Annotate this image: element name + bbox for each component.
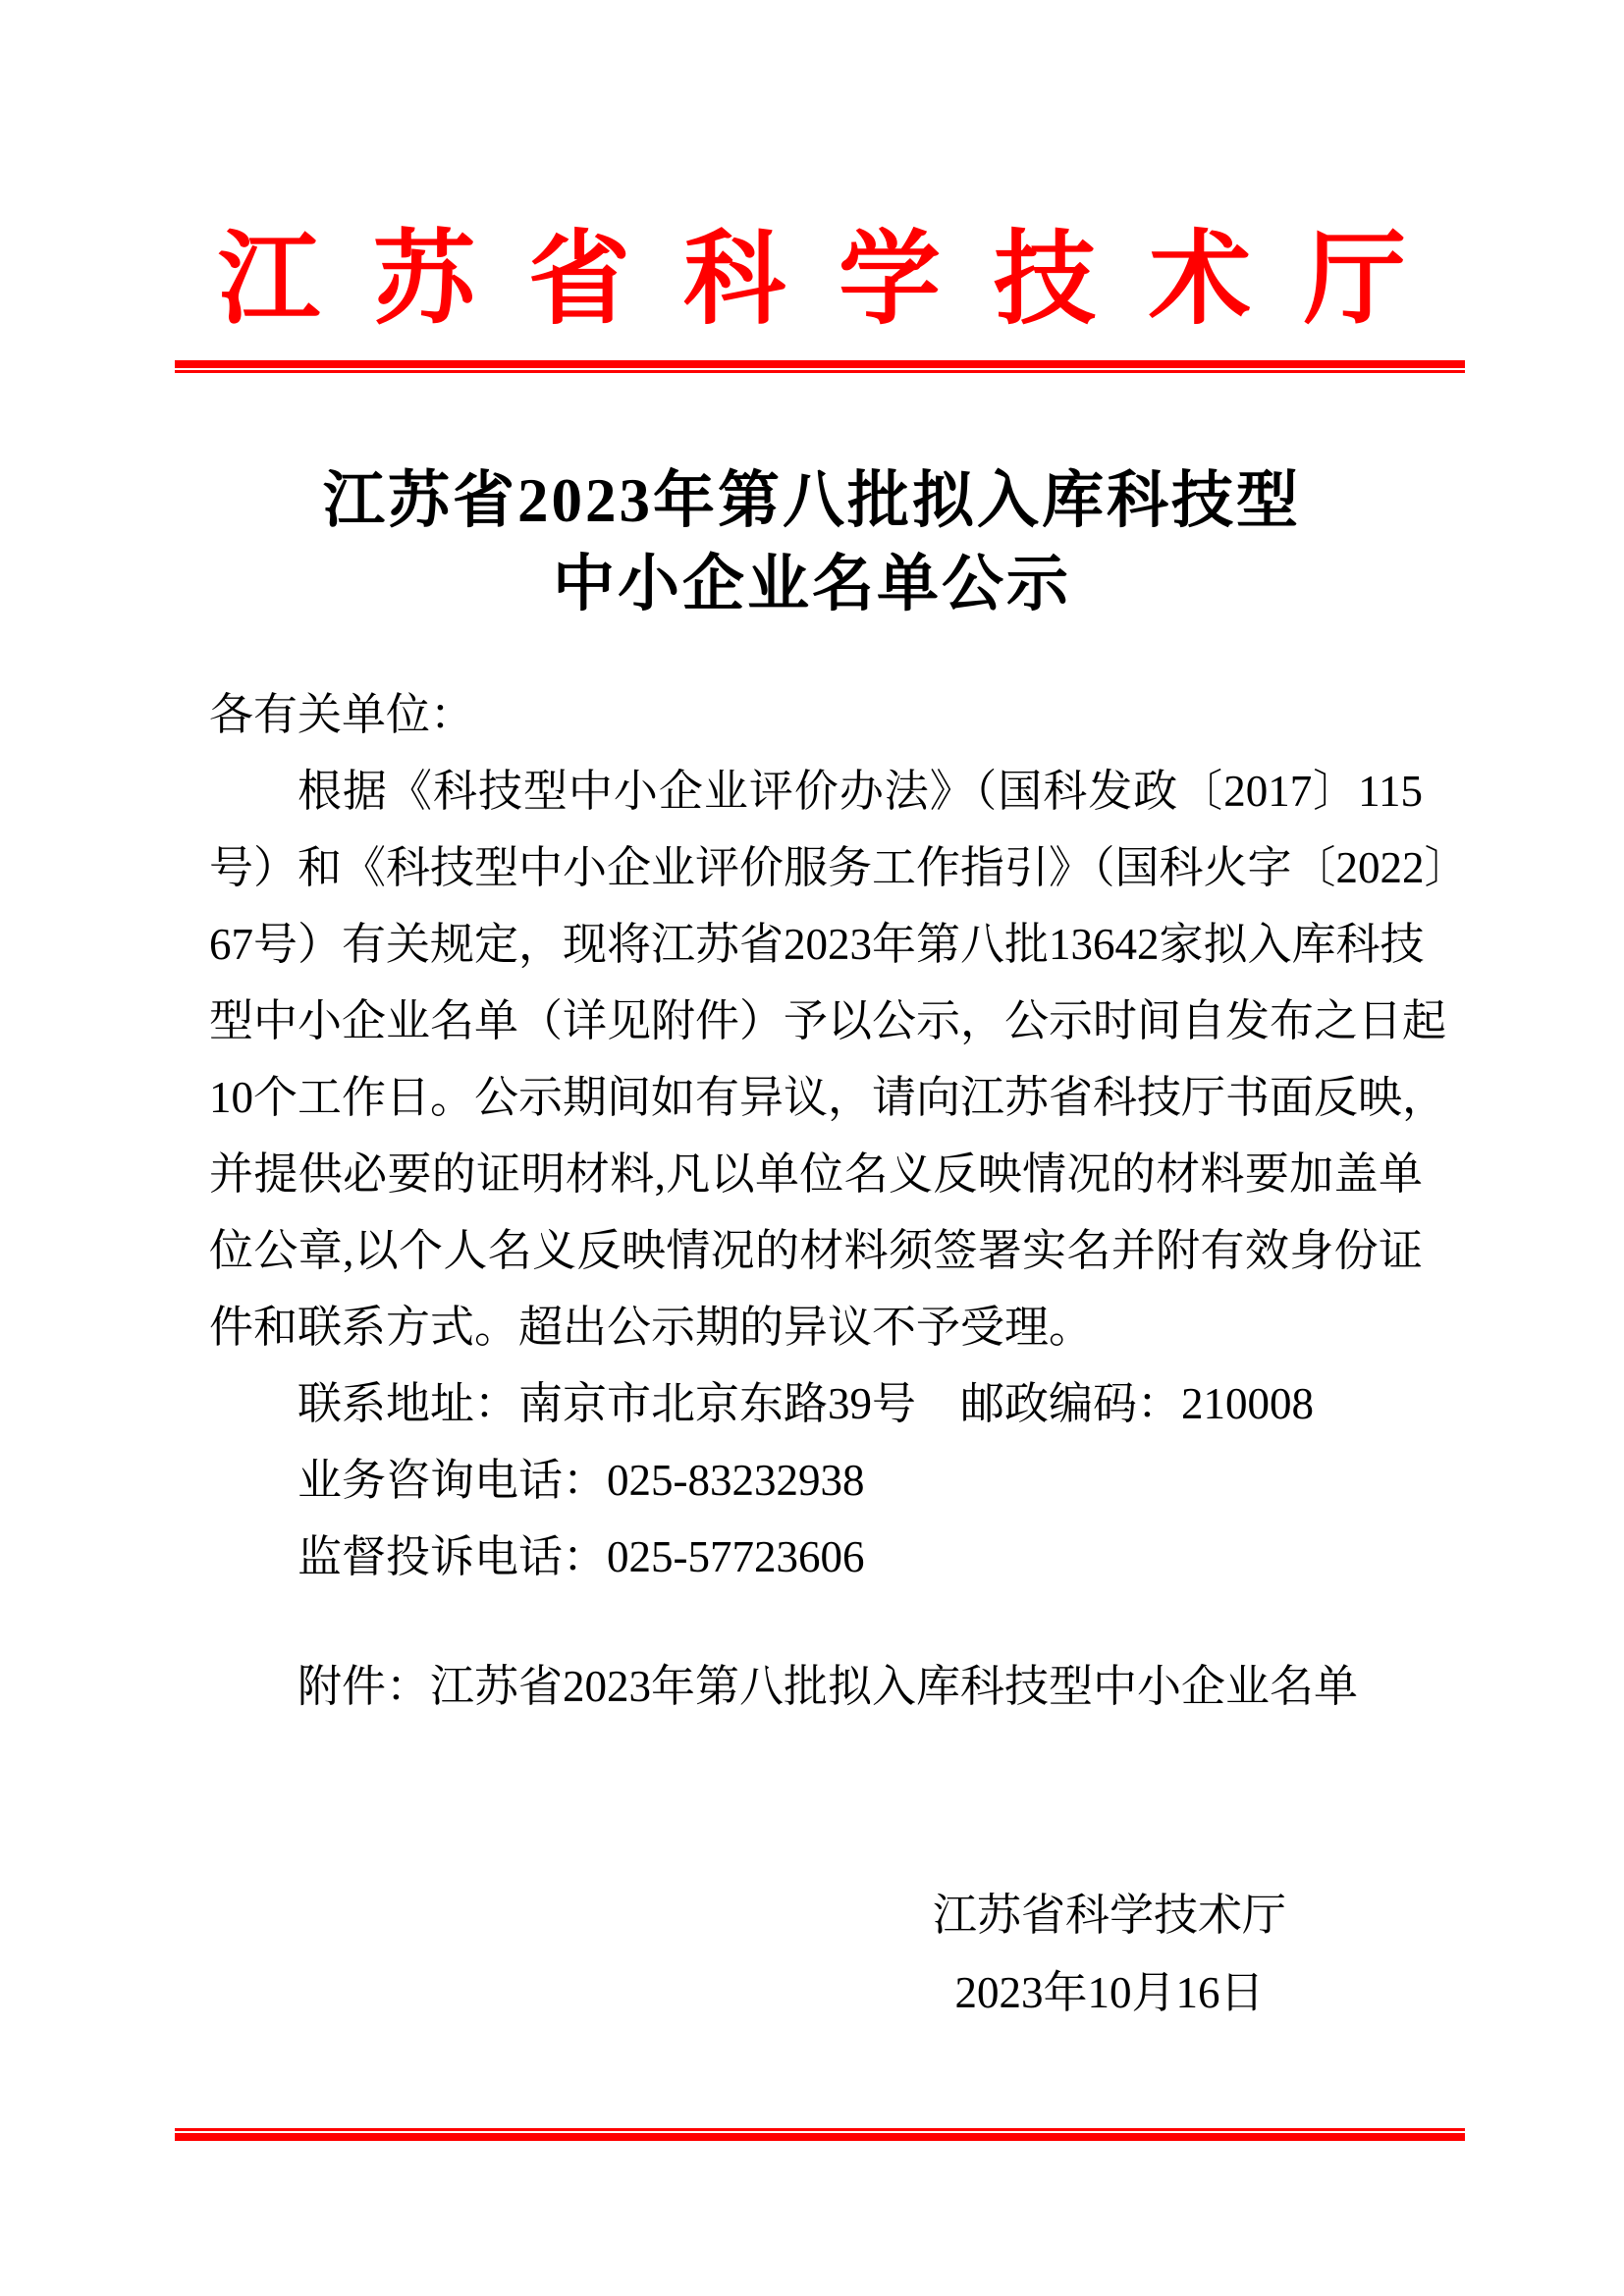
- document-body: 各有关单位： 根据《科技型中小企业评价办法》（国科发政〔2017〕115号）和《…: [209, 676, 1423, 1725]
- red-rule-top-thin-bar: [175, 370, 1465, 373]
- signature-date: 2023年10月16日: [884, 1954, 1335, 2032]
- red-rule-bottom-thick-bar: [175, 2133, 1465, 2141]
- text-line: 联系地址：南京市北京东路39号 邮政编码：210008: [209, 1365, 1423, 1442]
- contact-info: 联系地址：南京市北京东路39号 邮政编码：210008业务咨询电话：025-83…: [209, 1365, 1423, 1595]
- signature-block: 江苏省科学技术厅 2023年10月16日: [884, 1877, 1335, 2032]
- text-line: 件和联系方式。超出公示期的异议不予受理。: [209, 1289, 1423, 1365]
- signature-org: 江苏省科学技术厅: [884, 1877, 1335, 1954]
- document-title: 江苏省2023年第八批拟入库科技型 中小企业名单公示: [0, 459, 1624, 626]
- text-line: 业务咨询电话：025-83232938: [209, 1442, 1423, 1519]
- text-line: 根据《科技型中小企业评价办法》（国科发政〔2017〕115: [209, 753, 1423, 829]
- text-line: 并提供必要的证明材料,凡以单位名义反映情况的材料要加盖单: [209, 1136, 1423, 1212]
- document-title-line-1: 江苏省2023年第八批拟入库科技型: [0, 459, 1624, 543]
- main-paragraph: 根据《科技型中小企业评价办法》（国科发政〔2017〕115号）和《科技型中小企业…: [209, 753, 1423, 1365]
- text-line: 10个工作日。公示期间如有异议，请向江苏省科技厅书面反映，: [209, 1059, 1423, 1136]
- attachment-line: 附件：江苏省2023年第八批拟入库科技型中小企业名单: [209, 1648, 1423, 1725]
- text-line: 型中小企业名单（详见附件）予以公示，公示时间自发布之日起: [209, 983, 1423, 1059]
- red-rule-bottom: [175, 2128, 1465, 2141]
- document-page: 江苏省科学技术厅 江苏省2023年第八批拟入库科技型 中小企业名单公示 各有关单…: [0, 0, 1624, 2296]
- document-title-line-2: 中小企业名单公示: [0, 543, 1624, 626]
- red-rule-top: [175, 360, 1465, 373]
- text-line: 67号）有关规定，现将江苏省2023年第八批13642家拟入库科技: [209, 906, 1423, 983]
- salutation-line: 各有关单位：: [209, 676, 1423, 753]
- text-line: 监督投诉电话：025-57723606: [209, 1519, 1423, 1595]
- text-line: 位公章,以个人名义反映情况的材料须签署实名并附有效身份证: [209, 1212, 1423, 1289]
- text-line: 号）和《科技型中小企业评价服务工作指引》（国科火字〔2022〕: [209, 829, 1423, 906]
- agency-masthead: 江苏省科学技术厅: [0, 222, 1624, 340]
- red-rule-top-thick-bar: [175, 360, 1465, 368]
